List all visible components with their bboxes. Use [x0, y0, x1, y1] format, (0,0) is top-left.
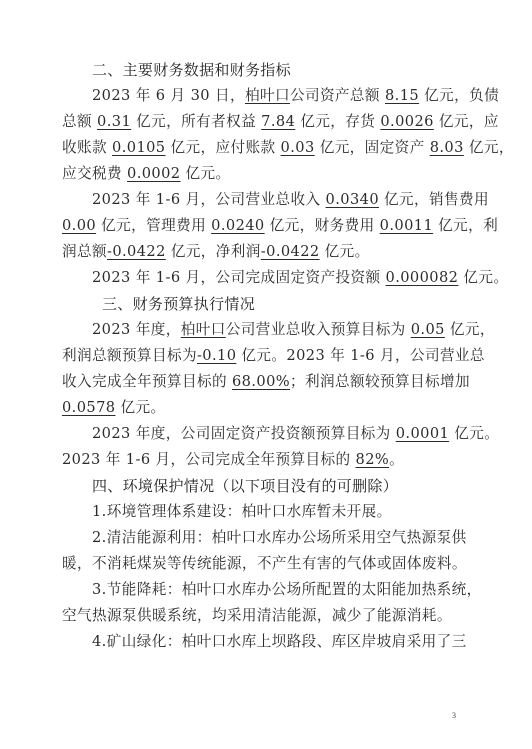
- text: ；利润总额较预算目标增加: [290, 373, 470, 390]
- paragraph-fixed-asset-investment: 2023 年 1-6 月，公司完成固定资产投资额 0.000082 亿元。: [62, 265, 454, 291]
- company-name: 柏叶口: [245, 87, 290, 104]
- text: 亿元。: [115, 399, 165, 416]
- text: 亿元，存货: [295, 113, 380, 130]
- profit-increase-value: 0.0578: [62, 399, 115, 416]
- taxes-payable-value: 0.0002: [127, 165, 180, 182]
- investment-completion-rate-value: 82%: [356, 451, 390, 468]
- text: 亿元，应: [434, 113, 499, 130]
- text: 收账款: [62, 139, 112, 156]
- text-line: 空气热源泵供暖系统，均采用清洁能源，减少了能源消耗。: [62, 603, 454, 629]
- text-line: 润总额-0.0422 亿元，净利润-0.0422 亿元。: [62, 239, 454, 265]
- text-line: 收入完成全年预算目标的 68.00%；利润总额较预算目标增加: [62, 369, 454, 395]
- section-heading-budget-execution: 三、财务预算执行情况: [62, 291, 454, 317]
- text: 总额: [62, 113, 97, 130]
- text: 。: [389, 451, 404, 468]
- text: 亿元。: [320, 243, 370, 260]
- total-assets-value: 8.15: [385, 87, 419, 104]
- list-item-environmental-management: 1.环境管理体系建设：柏叶口水库暂未开展。: [62, 499, 454, 525]
- text-line: 2023 年 6 月 30 日，柏叶口公司资产总额 8.15 亿元，负债: [62, 83, 454, 109]
- list-item-clean-energy: 2.清洁能源利用：柏叶口水库办公场所采用空气热源泵供 暖，不消耗煤炭等传统能源，…: [62, 525, 454, 577]
- owners-equity-value: 7.84: [261, 113, 295, 130]
- text: 亿元，: [464, 139, 514, 156]
- accounts-receivable-value: 0.0105: [112, 139, 165, 156]
- text-line: 3.节能降耗：柏叶口水库办公场所配置的太阳能加热系统，: [62, 577, 454, 603]
- text: 亿元，管理费用: [96, 217, 211, 234]
- section-heading-financial-data: 二、主要财务数据和财务指标: [62, 57, 454, 83]
- text: 亿元，利: [433, 217, 498, 234]
- paragraph-investment-budget: 2023 年度，公司固定资产投资额预算目标为 0.0001 亿元。 2023 年…: [62, 421, 454, 473]
- text: 2023 年 1-6 月，公司完成固定资产投资额: [92, 269, 386, 286]
- text: 亿元，财务费用: [265, 217, 380, 234]
- revenue-budget-target-value: 0.05: [411, 321, 445, 338]
- text: 亿元。: [180, 165, 230, 182]
- text: 润总额: [62, 243, 107, 260]
- text-line: 2023 年 1-6 月，公司营业总收入 0.0340 亿元，销售费用: [62, 187, 454, 213]
- text: 2023 年 1-6 月，公司完成全年预算目标的: [62, 451, 356, 468]
- text-line: 2.清洁能源利用：柏叶口水库办公场所采用空气热源泵供: [62, 525, 454, 551]
- text: 应交税费: [62, 165, 127, 182]
- text: 亿元。: [458, 269, 508, 286]
- paragraph-income-statement: 2023 年 1-6 月，公司营业总收入 0.0340 亿元，销售费用 0.00…: [62, 187, 454, 265]
- text: 公司营业总收入预算目标为: [226, 321, 411, 338]
- text: 2023 年 1-6 月，公司营业总收入: [92, 191, 326, 208]
- total-revenue-value: 0.0340: [326, 191, 379, 208]
- text-line: 应交税费 0.0002 亿元。: [62, 161, 454, 187]
- text-line: 2023 年 1-6 月，公司完成固定资产投资额 0.000082 亿元。: [62, 265, 454, 291]
- page-number: 3: [452, 711, 456, 720]
- text-line: 0.0578 亿元。: [62, 395, 454, 421]
- text-line: 2023 年度，公司固定资产投资额预算目标为 0.0001 亿元。: [62, 421, 454, 447]
- text: 利润总额预算目标为: [62, 347, 197, 364]
- text-line: 收账款 0.0105 亿元，应付账款 0.03 亿元，固定资产 8.03 亿元，: [62, 135, 454, 161]
- net-profit-value: -0.0422: [261, 243, 320, 260]
- text: 亿元，负债: [419, 87, 499, 104]
- text-line: 2023 年 1-6 月，公司完成全年预算目标的 82%。: [62, 447, 454, 473]
- text: 收入完成全年预算目标的: [62, 373, 232, 390]
- text: 2023 年 6 月 30 日，: [92, 87, 245, 104]
- text: 亿元。: [449, 425, 499, 442]
- selling-expenses-value: 0.00: [62, 217, 96, 234]
- fixed-assets-value: 8.03: [430, 139, 464, 156]
- text-line: 0.00 亿元，管理费用 0.0240 亿元，财务费用 0.0011 亿元，利: [62, 213, 454, 239]
- list-item-energy-saving: 3.节能降耗：柏叶口水库办公场所配置的太阳能加热系统， 空气热源泵供暖系统，均采…: [62, 577, 454, 629]
- investment-budget-target-value: 0.0001: [396, 425, 449, 442]
- accounts-payable-value: 0.03: [281, 139, 315, 156]
- admin-expenses-value: 0.0240: [211, 217, 264, 234]
- text: 公司资产总额: [290, 87, 385, 104]
- text: 亿元，所有者权益: [131, 113, 261, 130]
- text: 亿元，: [445, 321, 495, 338]
- text: 2023 年度，: [92, 321, 181, 338]
- text: 2023 年度，公司固定资产投资额预算目标为: [92, 425, 396, 442]
- profit-budget-target-value: -0.10: [197, 347, 236, 364]
- text-line: 总额 0.31 亿元，所有者权益 7.84 亿元，存货 0.0026 亿元，应: [62, 109, 454, 135]
- text-line: 利润总额预算目标为-0.10 亿元。2023 年 1-6 月，公司营业总: [62, 343, 454, 369]
- section-heading-environmental-protection: 四、环境保护情况（以下项目没有的可删除）: [62, 473, 454, 499]
- fixed-asset-investment-value: 0.000082: [386, 269, 459, 286]
- text: 亿元。2023 年 1-6 月，公司营业总: [236, 347, 485, 364]
- revenue-completion-rate-value: 68.00%: [232, 373, 290, 390]
- text-line: 4.矿山绿化：柏叶口水库上坝路段、库区岸坡肩采用了三: [62, 629, 454, 655]
- total-liabilities-value: 0.31: [97, 113, 131, 130]
- text: 亿元，应付账款: [166, 139, 281, 156]
- text: 亿元，销售费用: [379, 191, 489, 208]
- list-item-mine-greening: 4.矿山绿化：柏叶口水库上坝路段、库区岸坡肩采用了三: [62, 629, 454, 655]
- text: 亿元，净利润: [166, 243, 261, 260]
- company-name: 柏叶口: [181, 321, 226, 338]
- total-profit-value: -0.0422: [107, 243, 166, 260]
- paragraph-balance-sheet: 2023 年 6 月 30 日，柏叶口公司资产总额 8.15 亿元，负债 总额 …: [62, 83, 454, 187]
- inventory-value: 0.0026: [380, 113, 433, 130]
- document-page: 二、主要财务数据和财务指标 2023 年 6 月 30 日，柏叶口公司资产总额 …: [62, 57, 454, 655]
- text-line: 2023 年度，柏叶口公司营业总收入预算目标为 0.05 亿元，: [62, 317, 454, 343]
- text: 亿元，固定资产: [315, 139, 430, 156]
- paragraph-budget-targets: 2023 年度，柏叶口公司营业总收入预算目标为 0.05 亿元， 利润总额预算目…: [62, 317, 454, 421]
- text-line: 暖，不消耗煤炭等传统能源，不产生有害的气体或固体废料。: [62, 551, 454, 577]
- financial-expenses-value: 0.0011: [380, 217, 433, 234]
